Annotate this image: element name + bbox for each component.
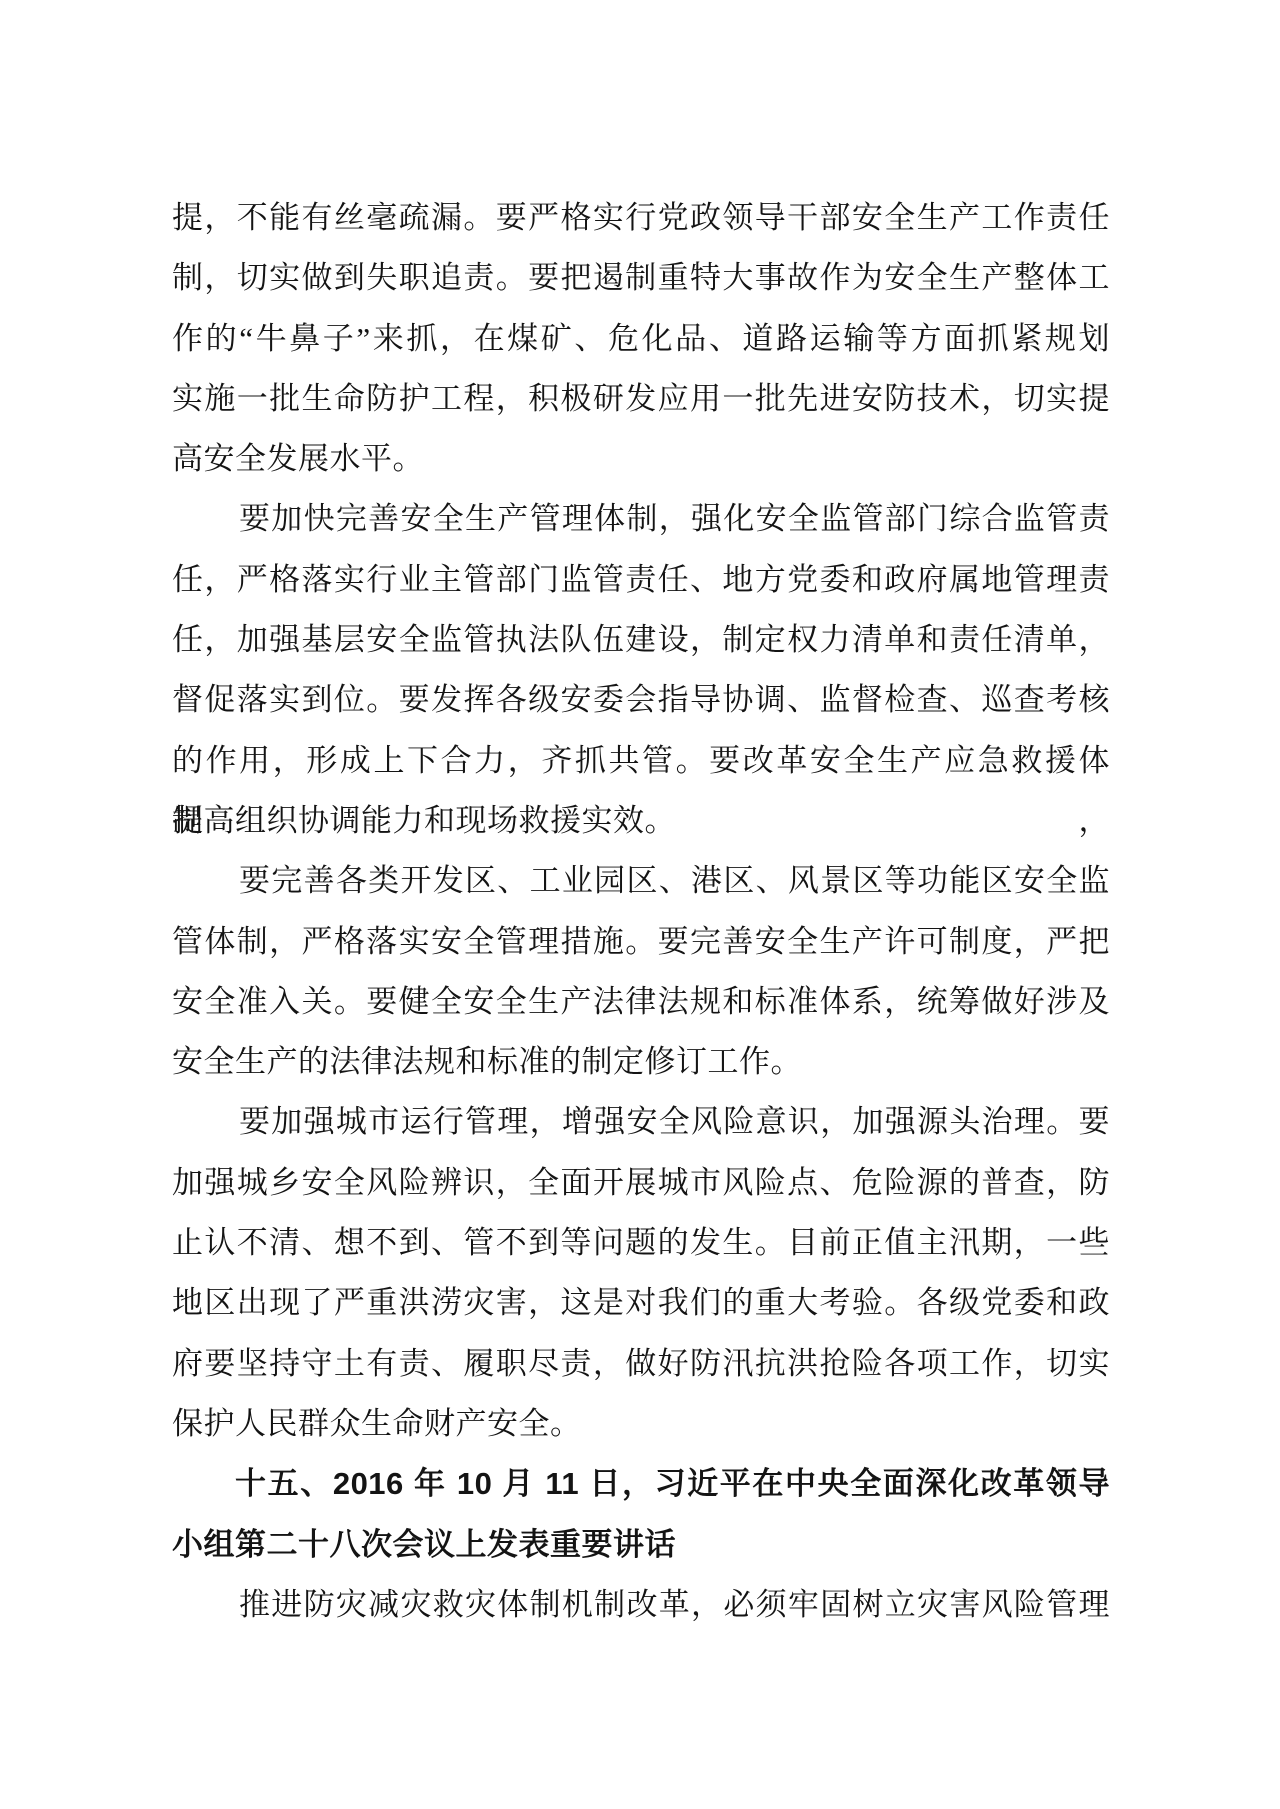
section-heading-line: 小组第二十八次会议上发表重要讲话	[172, 1515, 1110, 1575]
body-line: 加强城乡安全风险辨识，全面开展城市风险点、危险源的普查，防	[172, 1153, 1110, 1213]
body-line: 地区出现了严重洪涝灾害，这是对我们的重大考验。各级党委和政	[172, 1273, 1110, 1333]
body-line: 任，加强基层安全监管执法队伍建设，制定权力清单和责任清单，	[172, 610, 1110, 670]
body-line: 实施一批生命防护工程，积极研发应用一批先进安防技术，切实提	[172, 369, 1110, 429]
body-line: 保护人民群众生命财产安全。	[172, 1394, 1110, 1454]
body-line: 作的“牛鼻子”来抓，在煤矿、危化品、道路运输等方面抓紧规划	[172, 309, 1110, 369]
body-line: 任，严格落实行业主管部门监管责任、地方党委和政府属地管理责	[172, 550, 1110, 610]
body-line: 提，不能有丝毫疏漏。要严格实行党政领导干部安全生产工作责任	[172, 188, 1110, 248]
body-line: 止认不清、想不到、管不到等问题的发生。目前正值主汛期，一些	[172, 1213, 1110, 1273]
body-line: 管体制，严格落实安全管理措施。要完善安全生产许可制度，严把	[172, 912, 1110, 972]
body-line: 推进防灾减灾救灾体制机制改革，必须牢固树立灾害风险管理	[172, 1575, 1110, 1635]
section-heading-line: 十五、2016 年 10 月 11 日，习近平在中央全面深化改革领导	[172, 1454, 1110, 1514]
body-line: 府要坚持守土有责、履职尽责，做好防汛抗洪抢险各项工作，切实	[172, 1334, 1110, 1394]
body-line: 要完善各类开发区、工业园区、港区、风景区等功能区安全监	[172, 851, 1110, 911]
body-line: 高安全发展水平。	[172, 429, 1110, 489]
body-line: 要加快完善安全生产管理体制，强化安全监管部门综合监管责	[172, 489, 1110, 549]
document-page: { "page": { "background_color": "#ffffff…	[0, 0, 1280, 1809]
body-line: 安全准入关。要健全安全生产法律法规和标准体系，统筹做好涉及	[172, 972, 1110, 1032]
body-line: 制，切实做到失职追责。要把遏制重特大事故作为安全生产整体工	[172, 248, 1110, 308]
body-line: 安全生产的法律法规和标准的制定修订工作。	[172, 1032, 1110, 1092]
body-line: 的作用，形成上下合力，齐抓共管。要改革安全生产应急救援体制，	[172, 731, 1110, 791]
body-line: 督促落实到位。要发挥各级安委会指导协调、监督检查、巡查考核	[172, 670, 1110, 730]
body-line: 要加强城市运行管理，增强安全风险意识，加强源头治理。要	[172, 1092, 1110, 1152]
document-text-block: 提，不能有丝毫疏漏。要严格实行党政领导干部安全生产工作责任 制，切实做到失职追责…	[172, 188, 1110, 1635]
